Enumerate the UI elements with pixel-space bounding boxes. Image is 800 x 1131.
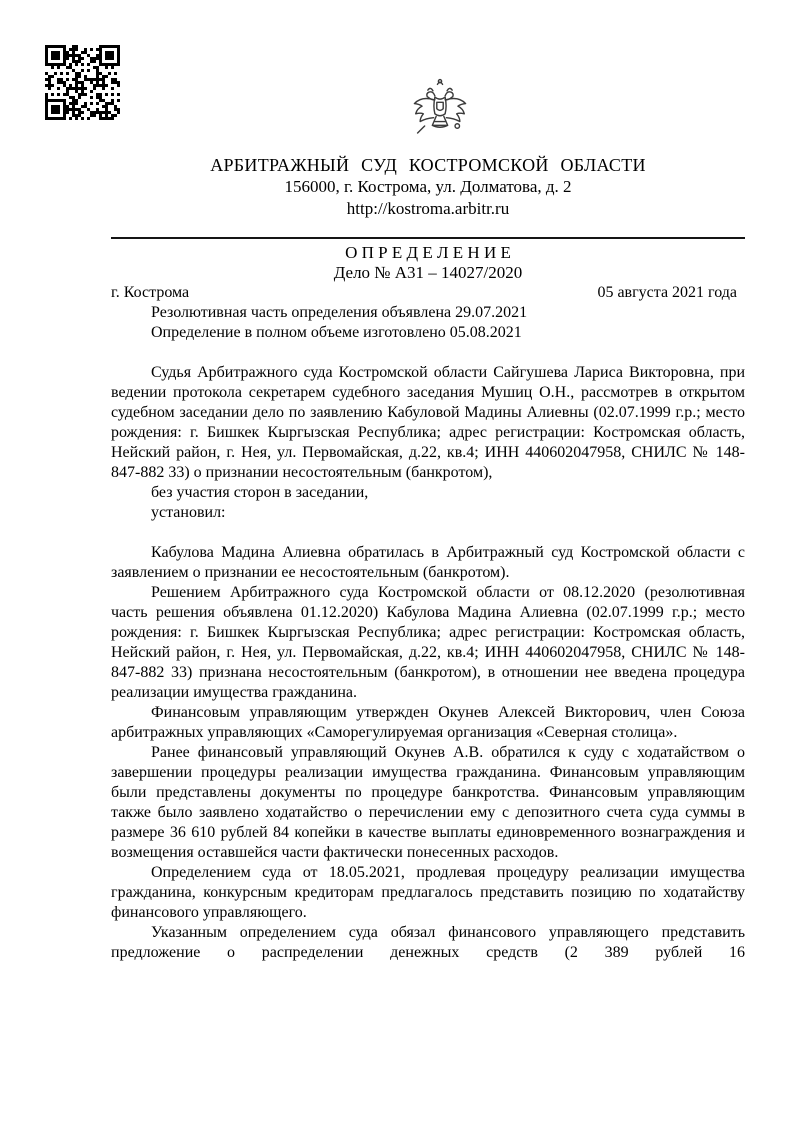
qr-code-icon xyxy=(45,45,120,120)
date-label: 05 августа 2021 года xyxy=(597,283,737,303)
body-paragraph: Решением Арбитражного суда Костромской о… xyxy=(111,583,745,703)
city-label: г. Кострома xyxy=(111,283,189,303)
intro-paragraph: Судья Арбитражного суда Костромской обла… xyxy=(111,363,745,483)
no-parties-line: без участия сторон в заседании, xyxy=(111,483,745,503)
body-paragraph: Кабулова Мадина Алиевна обратилась в Арб… xyxy=(111,543,745,583)
body-paragraph: Ранее финансовый управляющий Окунев А.В.… xyxy=(111,743,745,863)
case-number: Дело № А31 – 14027/2020 xyxy=(111,263,745,283)
court-address: 156000, г. Кострома, ул. Долматова, д. 2 xyxy=(111,176,745,198)
document-content: АРБИТРАЖНЫЙ СУД КОСТРОМСКОЙ ОБЛАСТИ 1560… xyxy=(0,0,800,963)
body-paragraph: Указанным определением суда обязал финан… xyxy=(111,923,745,963)
court-name: АРБИТРАЖНЫЙ СУД КОСТРОМСКОЙ ОБЛАСТИ xyxy=(111,154,745,176)
document-title: О П Р Е Д Е Л Е Н И Е xyxy=(111,243,745,263)
full-text-line: Определение в полном объеме изготовлено … xyxy=(111,323,745,343)
russia-coat-of-arms-icon xyxy=(123,78,757,142)
body-paragraph: Финансовым управляющим утвержден Окунев … xyxy=(111,703,745,743)
document-page: АРБИТРАЖНЫЙ СУД КОСТРОМСКОЙ ОБЛАСТИ 1560… xyxy=(0,0,800,1131)
court-website: http://kostroma.arbitr.ru xyxy=(111,198,745,220)
blank-line xyxy=(111,523,745,543)
body-paragraph: Определением суда от 18.05.2021, продлев… xyxy=(111,863,745,923)
established-line: установил: xyxy=(111,503,745,523)
court-header: АРБИТРАЖНЫЙ СУД КОСТРОМСКОЙ ОБЛАСТИ 1560… xyxy=(111,154,745,220)
city-date-row: г. Кострома 05 августа 2021 года xyxy=(111,283,745,303)
blank-line xyxy=(111,343,745,363)
header-divider xyxy=(111,237,745,239)
resolutive-part-line: Резолютивная часть определения объявлена… xyxy=(111,303,745,323)
